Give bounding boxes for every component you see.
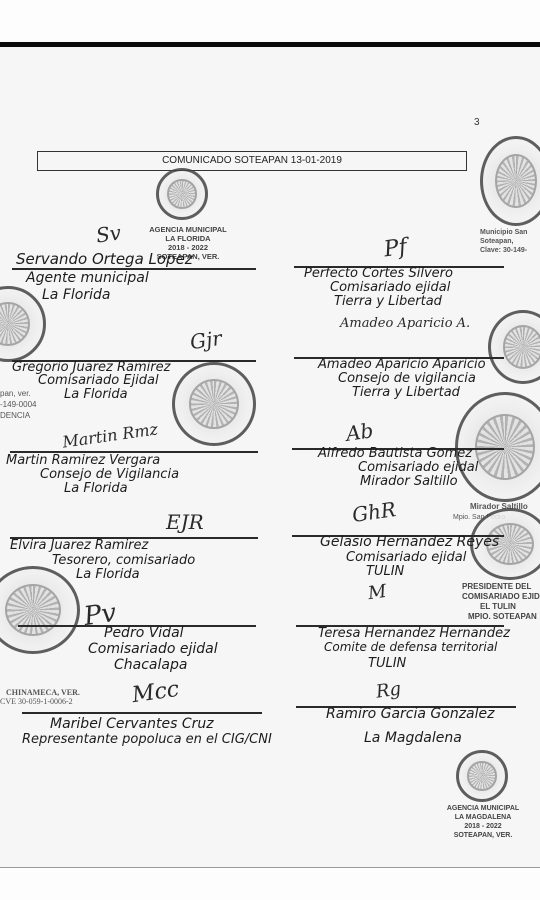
signatory-place: Chacalapa [114, 657, 187, 673]
signatory-role: Tesorero, comisariado [52, 553, 195, 568]
presidencia-vigilancia-seal [172, 362, 256, 446]
signature-mark: Ab [344, 418, 374, 446]
presidente-tulin-stamp-text: PRESIDENTE DELCOMISARIADO EJIDAL EL TULI… [462, 582, 540, 622]
signatory-role: Comite de defensa territorial [324, 640, 497, 654]
signatory-name: Perfecto Cortes Silvero [304, 266, 453, 281]
document-title: COMUNICADO SOTEAPAN 13-01-2019 [37, 151, 467, 171]
signatory-role: Consejo de vigilancia [338, 371, 476, 386]
signatory-name: Maribel Cervantes Cruz [50, 716, 214, 732]
signatory-name: Teresa Hernandez Hernandez [318, 626, 510, 641]
signatory-name: Elvira Juarez Ramirez [10, 538, 148, 553]
signatory-name: Martin Ramirez Vergara [6, 453, 160, 468]
signatory-name: Amadeo Aparicio Aparicio [318, 357, 486, 372]
page-number: 3 [474, 117, 480, 128]
signatory-role: Comisariado ejidal [346, 550, 466, 565]
signatory-place: Tierra y Libertad [352, 385, 460, 400]
signatory-place: Tierra y Libertad [334, 294, 442, 309]
signatory-place: La Florida [64, 481, 128, 496]
agencia-magdalena-stamp-text: AGENCIA MUNICIPALLA MAGDALENA 2018 - 202… [428, 804, 538, 840]
signature-mark: Pf [382, 235, 408, 263]
photo-bottom-margin [0, 868, 540, 900]
signature-line [22, 712, 262, 714]
chacalapa-stamp-text: CHINAMECA, VER.CVE 30-059-1-0006-2 [6, 688, 80, 706]
signatory-role: Comisariado ejidal [88, 641, 218, 657]
signatory-name: Gelasio Hernandez Reyes [320, 534, 499, 550]
signature-mark: Rg [375, 678, 403, 702]
signature-mark: Gjr [188, 326, 223, 354]
signatory-role: Consejo de Vigilancia [40, 467, 179, 482]
signatory-place: TULIN [366, 564, 404, 579]
comisariado-florida-stamp-text: pan, ver.-149-0004DENCIA [0, 388, 36, 421]
agencia-magdalena-seal [456, 750, 508, 802]
comisariado-tierra-stamp-text: Municipio SanSoteapan,Clave: 30-149- [480, 228, 527, 255]
signatory-place: La Magdalena [364, 730, 462, 746]
signatory-place: TULIN [368, 656, 406, 671]
signatory-role: Comisariado ejidal [330, 280, 450, 295]
signatory-place: Mirador Saltillo [360, 474, 458, 489]
signatory-place: La Florida [42, 287, 110, 303]
signature-mark: Amadeo Aparicio A. [340, 316, 470, 331]
signatory-name: Pedro Vidal [104, 625, 184, 641]
signatory-name: Alfredo Bautista Gomez [318, 446, 472, 461]
signatory-role: Representante popoluca en el CIG/CNI [22, 732, 272, 747]
photo-top-margin [0, 0, 540, 42]
signatory-name: Servando Ortega Lopez [16, 250, 193, 268]
signature-mark: M [367, 581, 388, 604]
signatory-role: Agente municipal [26, 270, 149, 286]
signature-mark: Sv [94, 220, 122, 247]
agencia-florida-seal [156, 168, 208, 220]
signatory-role: Comisariado ejidal [358, 460, 478, 475]
signatory-role: Comisariado Ejidal [38, 373, 159, 388]
signatory-place: La Florida [76, 567, 140, 582]
signatory-place: La Florida [64, 387, 128, 402]
signature-mark: EJR [166, 510, 204, 534]
signatory-name: Ramiro Garcia Gonzalez [326, 706, 494, 722]
